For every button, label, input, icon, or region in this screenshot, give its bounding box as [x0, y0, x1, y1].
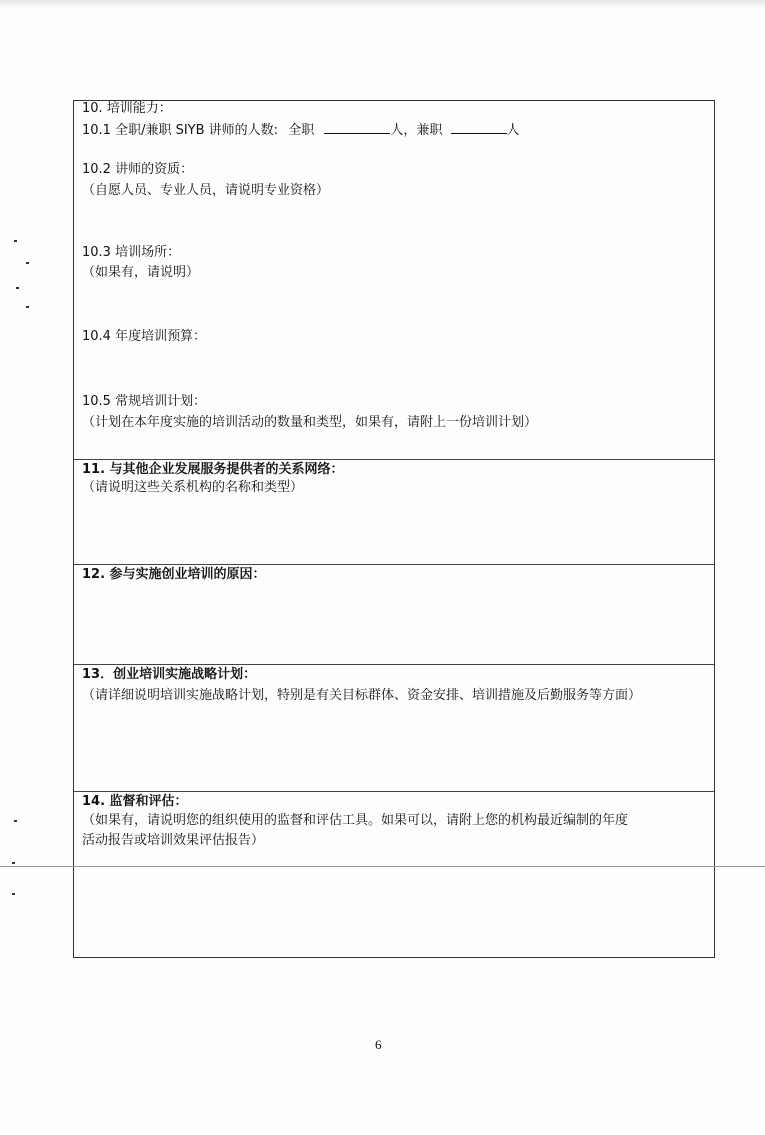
section-13-title: 13．创业培训实施战略计划：: [82, 666, 256, 684]
question-10-1-label: 10.1 全职/兼职 SIYB 讲师的人数:: [82, 123, 278, 138]
question-10-2-label: 10.2 讲师的资质：: [82, 161, 193, 179]
section-12-title: 12. 参与实施创业培训的原因：: [82, 566, 266, 584]
section-14-monitoring[interactable]: 14. 监督和评估： （如果有，请说明您的组织使用的监督和评估工具。如果可以，请…: [74, 791, 714, 958]
question-10-5-hint: （计划在本年度实施的培训活动的数量和类型，如果有，请附上一份培训计划）: [82, 414, 537, 432]
fulltime-trainers-field[interactable]: [324, 119, 390, 134]
section-11-hint: （请说明这些关系机构的名称和类型）: [82, 479, 303, 497]
question-10-4-label: 10.4 年度培训预算：: [82, 328, 206, 346]
section-14-hint-line2: 活动报告或培训效果评估报告）: [82, 832, 264, 850]
section-11-network[interactable]: 11. 与其他企业发展服务提供者的关系网络： （请说明这些关系机构的名称和类型）: [74, 459, 714, 565]
parttime-label: 人，兼职: [390, 123, 442, 138]
section-12-reasons[interactable]: 12. 参与实施创业培训的原因：: [74, 564, 714, 665]
application-form-table: 10. 培训能力： 10.1 全职/兼职 SIYB 讲师的人数: 全职 人，兼职…: [73, 100, 715, 958]
scan-mark: [14, 820, 17, 822]
question-10-5-label: 10.5 常规培训计划：: [82, 393, 206, 411]
section-13-strategy[interactable]: 13．创业培训实施战略计划： （请详细说明培训实施战略计划，特别是有关目标群体、…: [74, 664, 714, 792]
section-13-hint: （请详细说明培训实施战略计划，特别是有关目标群体、资金安排、培训措施及后勤服务等…: [82, 687, 641, 705]
section-14-title: 14. 监督和评估：: [82, 793, 188, 811]
question-10-2-hint: （自愿人员、专业人员，请说明专业资格）: [82, 182, 329, 200]
unit-label: 人: [507, 123, 520, 138]
section-11-title: 11. 与其他企业发展服务提供者的关系网络：: [82, 461, 344, 479]
scan-mark: [12, 862, 15, 864]
section-10-training-capacity: 10. 培训能力： 10.1 全职/兼职 SIYB 讲师的人数: 全职 人，兼职…: [74, 101, 714, 459]
fulltime-label: 全职: [288, 123, 314, 138]
scan-mark: [14, 240, 17, 242]
section-14-hint-line1: （如果有，请说明您的组织使用的监督和评估工具。如果可以，请附上您的机构最近编制的…: [82, 812, 628, 830]
scan-mark: [26, 262, 29, 264]
scan-edge: [0, 0, 765, 8]
scan-fold-line: [0, 866, 765, 867]
question-10-1: 10.1 全职/兼职 SIYB 讲师的人数: 全职 人，兼职 人: [82, 119, 520, 140]
scan-mark: [16, 287, 19, 289]
question-10-3-hint: （如果有，请说明）: [82, 264, 199, 282]
scan-mark: [12, 893, 15, 895]
page-number: 6: [375, 1037, 382, 1053]
scan-mark: [26, 306, 29, 308]
section-10-title: 10. 培训能力：: [82, 100, 172, 118]
parttime-trainers-field[interactable]: [451, 119, 507, 134]
question-10-3-label: 10.3 培训场所：: [82, 244, 180, 262]
